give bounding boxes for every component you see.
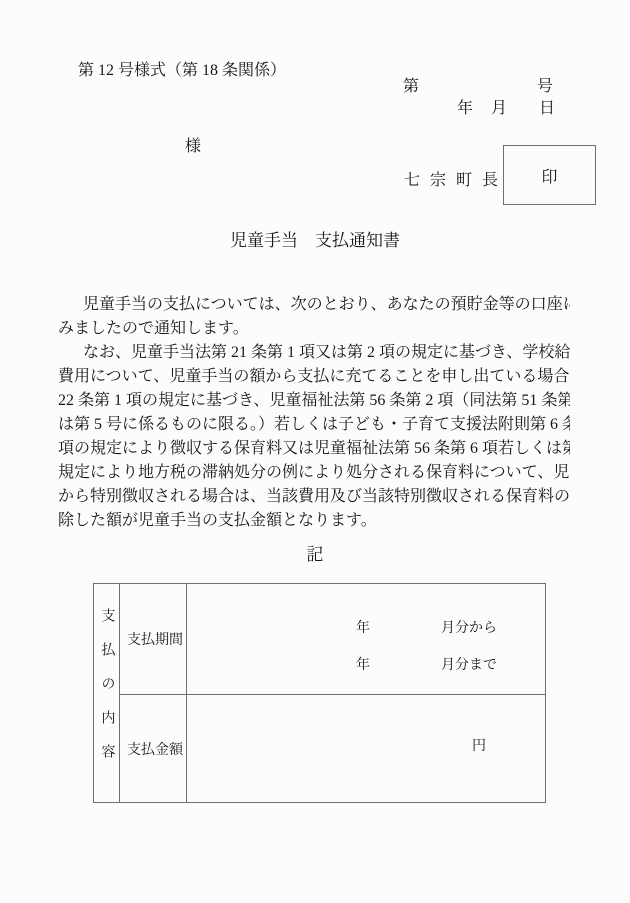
period-from-month-label: 月分から [441,617,497,637]
paragraph2-line: 22 条第 1 項の規定に基づき、児童福祉法第 56 条第 2 項（同法第 51… [58,389,570,413]
amount-unit-label: 円 [472,735,486,755]
doc-number-suffix: 号 [537,73,553,96]
paragraph2-line: 除した額が児童手当の支払金額となります。 [58,509,570,533]
document-title: 児童手当 支払通知書 [0,226,630,251]
payment-period-label: 支払期間 [120,584,186,693]
paragraph2-line: から特別徴収される場合は、当該費用及び当該特別徴収される保育料の額を控 [58,485,570,509]
body-text: 児童手当の支払については、次のとおり、あなたの預貯金等の口座に振り込 みましたの… [58,293,570,533]
payment-amount-label: 支払金額 [120,694,186,803]
doc-number-prefix: 第 [403,73,419,96]
paragraph2-line: は第 5 号に係るものに限る。）若しくは子ども・子育て支援法附則第 6 条第 4 [58,413,570,437]
period-to-year-label: 年 [356,654,370,674]
paragraph2-line: 規定により地方税の滞納処分の例により処分される保育料について、児童手当 [58,461,570,485]
list-marker: 記 [0,540,630,565]
table-vertical-rule [186,584,187,802]
addressee-honorific: 様 [185,133,201,156]
period-from-year-label: 年 [356,617,370,637]
document-page: 第 12 号様式（第 18 条関係） 第 号 年 月 日 様 七宗町長 印 児童… [0,0,630,903]
paragraph1-line: 児童手当の支払については、次のとおり、あなたの預貯金等の口座に振り込 [58,293,570,317]
date-day-label: 日 [539,95,555,118]
paragraph2-line: なお、児童手当法第 21 条第 1 項又は第 2 項の規定に基づき、学校給食費等… [58,341,570,365]
paragraph2-line: 費用について、児童手当の額から支払に充てることを申し出ている場合及び第 [58,365,570,389]
table-vertical-header: 支払の内容 [94,584,119,802]
form-number: 第 12 号様式（第 18 条関係） [78,57,286,80]
seal-label: 印 [541,164,557,187]
period-to-month-label: 月分まで [441,654,497,674]
date-year-label: 年 [457,95,473,118]
seal-box: 印 [503,145,596,205]
payment-table: 支払の内容 支払期間 支払金額 年 月分から 年 月分まで 円 [93,583,546,803]
paragraph1-line: みましたので通知します。 [58,317,570,341]
paragraph2-line: 項の規定により徴収する保育料又は児童福祉法第 56 条第 6 項若しくは第 7 … [58,437,570,461]
date-month-label: 月 [491,95,507,118]
sender-title: 七宗町長 [404,167,508,190]
